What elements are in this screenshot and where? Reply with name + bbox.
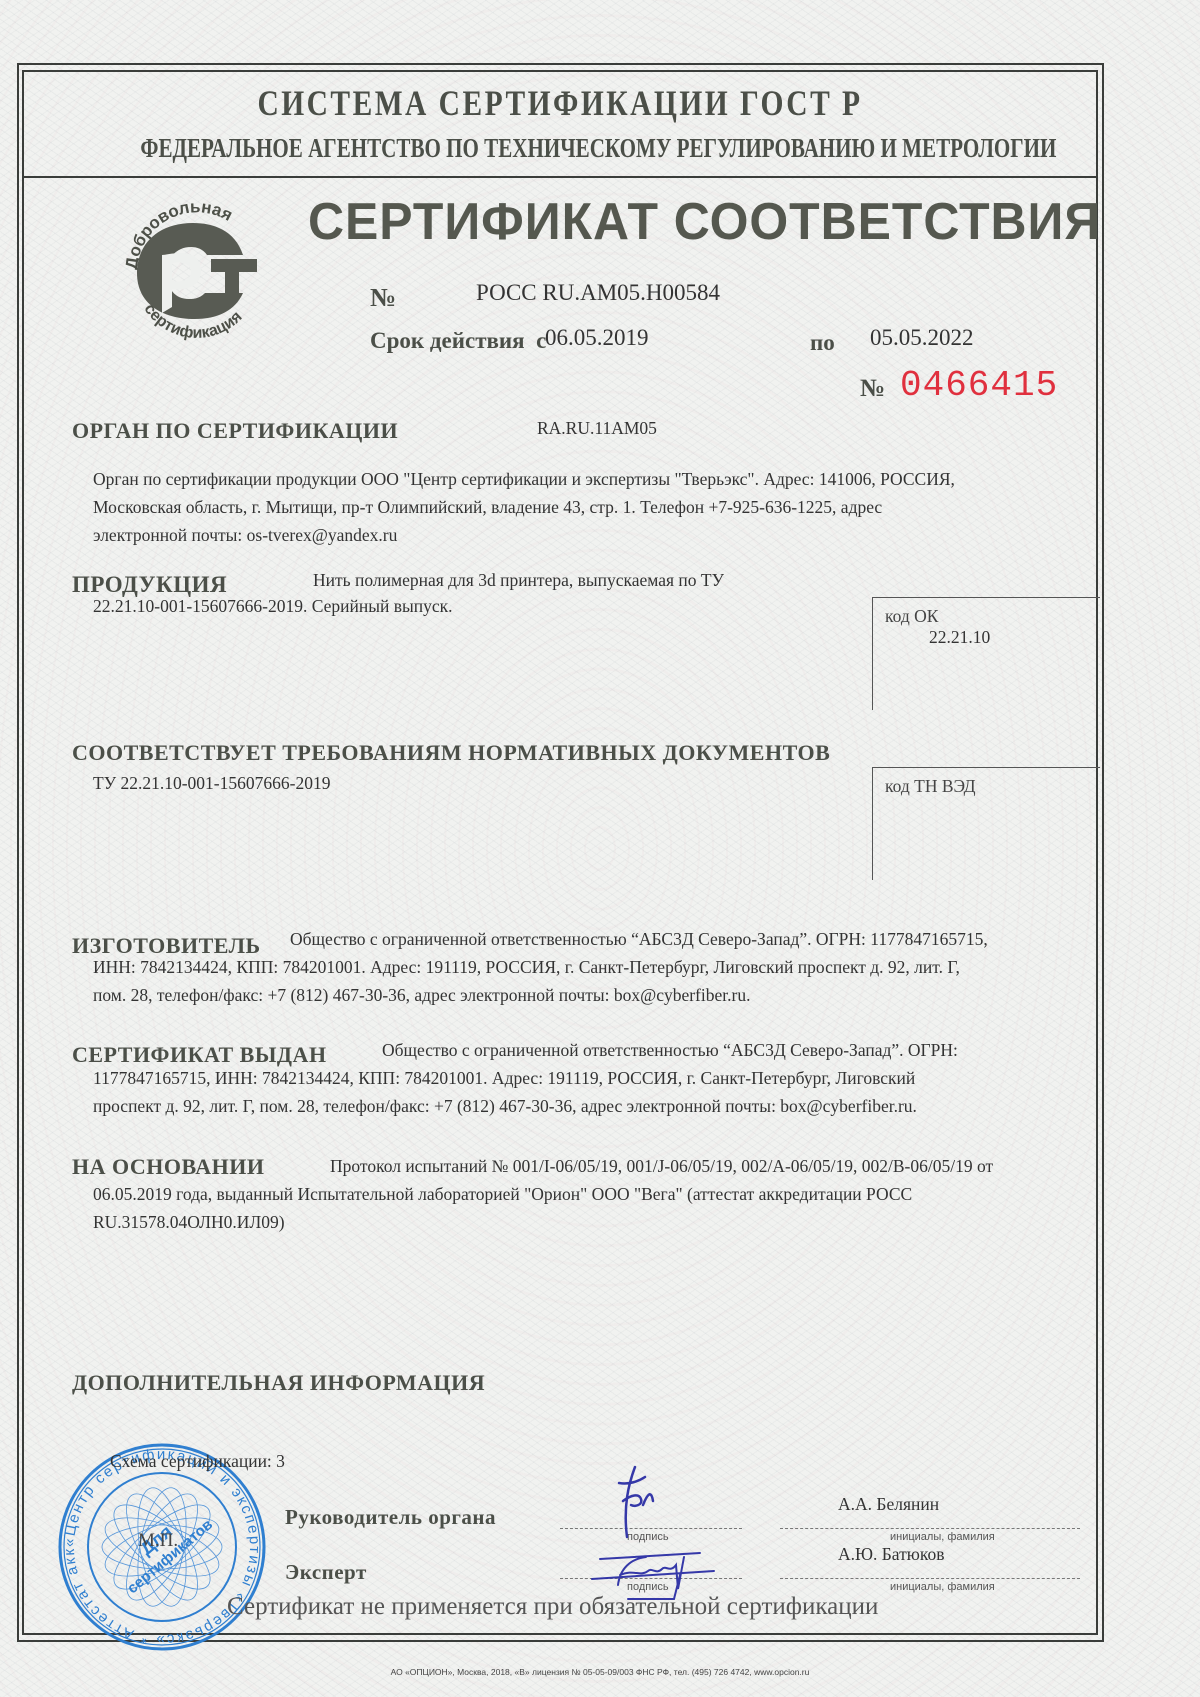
certificate-title: СЕРТИФИКАТ СООТВЕТСТВИЯ (308, 192, 1066, 252)
ok-code-label: код ОК (885, 606, 1100, 627)
additional-info-label: ДОПОЛНИТЕЛЬНАЯ ИНФОРМАЦИЯ (72, 1370, 485, 1396)
normative-document: ТУ 22.21.10-001-15607666-2019 (93, 773, 330, 794)
product-line-2: 22.21.10-001-15607666-2019. Серийный вып… (93, 596, 453, 617)
tn-ved-code-box: код ТН ВЭД (872, 767, 1100, 880)
valid-to-date: 05.05.2022 (870, 325, 974, 351)
issued-to-line-2: 1177847165715, ИНН: 7842134424, КПП: 784… (93, 1068, 915, 1089)
disclaimer: Сертификат не применяется при обязательн… (227, 1593, 878, 1621)
expert-label: Эксперт (285, 1560, 367, 1585)
head-name-caption: инициалы, фамилия (890, 1531, 995, 1543)
certification-body-code: RA.RU.11AM05 (537, 418, 657, 439)
number-sign: № (370, 283, 396, 313)
head-name: А.А. Белянин (838, 1494, 939, 1515)
head-name-line (780, 1528, 1080, 1529)
expert-name-line (780, 1578, 1080, 1579)
manufacturer-line-1: Общество с ограниченной ответственностью… (290, 929, 988, 950)
header-divider (22, 176, 1098, 178)
conformity-label: СООТВЕТСТВУЕТ ТРЕБОВАНИЯМ НОРМАТИВНЫХ ДО… (72, 740, 830, 766)
issued-to-line-3: проспект д. 92, лит. Г, пом. 28, телефон… (93, 1096, 917, 1117)
basis-line-1: Протокол испытаний № 001/I-06/05/19, 001… (330, 1156, 993, 1177)
product-line-1: Нить полимерная для 3d принтера, выпуска… (313, 570, 724, 591)
registration-number: РОСС RU.AM05.H00584 (476, 280, 720, 306)
tn-ved-code-label: код ТН ВЭД (885, 776, 1100, 797)
certification-body-details: Орган по сертификации продукции ООО "Цен… (93, 465, 1093, 549)
basis-line-3: RU.31578.04ОЛН0.ИЛ09) (93, 1212, 285, 1233)
issued-to-line-1: Общество с ограниченной ответственностью… (382, 1040, 958, 1061)
stamp-placeholder: М.П. (138, 1530, 178, 1552)
manufacturer-line-3: пом. 28, телефон/факс: +7 (812) 467-30-3… (93, 985, 750, 1006)
head-of-body-label: Руководитель органа (285, 1505, 496, 1530)
basis-label: НА ОСНОВАНИИ (72, 1154, 265, 1180)
serial-number-sign: № (860, 375, 885, 403)
basis-line-2: 06.05.2019 года, выданный Испытательной … (93, 1184, 912, 1205)
agency-title: ФЕДЕРАЛЬНОЕ АГЕНТСТВО ПО ТЕХНИЧЕСКОМУ РЕ… (140, 133, 979, 164)
expert-name: А.Ю. Батюков (838, 1544, 944, 1565)
certification-scheme: Схема сертификации: 3 (110, 1451, 285, 1472)
manufacturer-line-2: ИНН: 7842134424, КПП: 784201001. Адрес: … (93, 957, 960, 978)
certification-body-line: Орган по сертификации продукции ООО "Цен… (93, 465, 1093, 493)
certification-body-line: Московская область, г. Мытищи, пр-т Олим… (93, 493, 1093, 521)
certification-body-label: ОРГАН ПО СЕРТИФИКАЦИИ (72, 418, 398, 444)
validity-label: Срок действия с (370, 328, 546, 354)
issued-to-label: СЕРТИФИКАТ ВЫДАН (72, 1042, 327, 1068)
rst-mark-icon: Добровольная сертификация (115, 185, 275, 345)
manufacturer-label: ИЗГОТОВИТЕЛЬ (72, 933, 261, 959)
serial-number: 0466415 (900, 365, 1058, 406)
valid-to-label: по (810, 330, 835, 356)
printer-info: АО «ОПЦИОН», Москва, 2018, «В» лицензия … (0, 1667, 1200, 1677)
valid-from-date: 06.05.2019 (545, 325, 649, 351)
certification-body-line: электронной почты: os-tverex@yandex.ru (93, 521, 1093, 549)
system-title: СИСТЕМА СЕРТИФИКАЦИИ ГОСТ Р (119, 82, 1001, 124)
ok-code-value: 22.21.10 (885, 627, 1100, 648)
product-label: ПРОДУКЦИЯ (72, 572, 227, 598)
expert-name-caption: инициалы, фамилия (890, 1581, 995, 1593)
ok-code-box: код ОК 22.21.10 (872, 597, 1100, 710)
